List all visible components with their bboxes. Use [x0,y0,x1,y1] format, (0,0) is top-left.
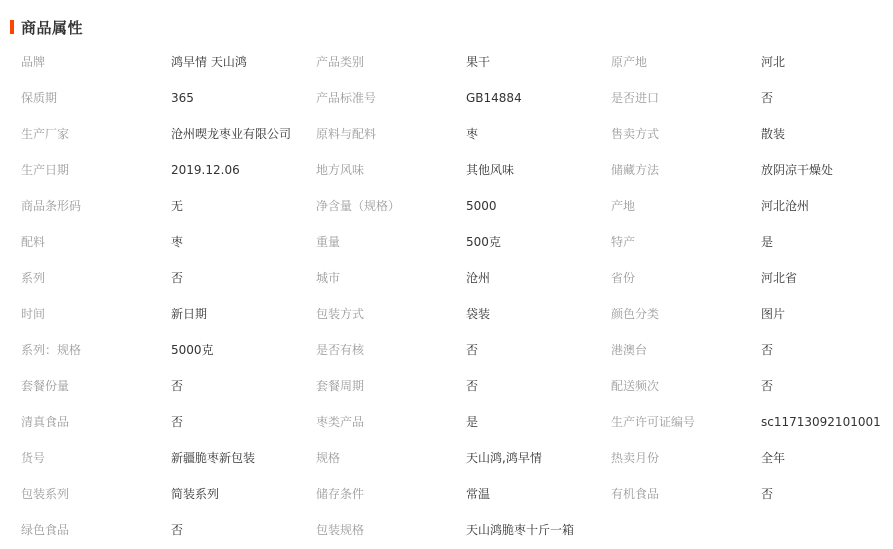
attribute-row: 保质期 365 产品标准号 GB14884 是否进口 否 [0,80,893,116]
attribute-value: 否 [171,368,183,404]
attribute-value: 散装 [761,116,785,152]
attribute-label: 净含量（规格） [316,188,400,224]
attribute-label: 特产 [611,224,635,260]
attribute-value: 否 [171,404,183,440]
attribute-label: 储存条件 [316,476,364,512]
attribute-label: 原产地 [611,44,647,80]
attribute-label: 货号 [21,440,45,476]
attribute-label: 绿色食品 [21,512,69,548]
attribute-label: 是否进口 [611,80,659,116]
attribute-value: 500克 [466,224,501,260]
attribute-label: 有机食品 [611,476,659,512]
attribute-value: 否 [466,368,478,404]
attribute-row: 配料 枣 重量 500克 特产 是 [0,224,893,260]
attribute-label: 包装规格 [316,512,364,548]
attribute-label: 售卖方式 [611,116,659,152]
section-title: 商品属性 [21,17,83,38]
attribute-label: 地方风味 [316,152,364,188]
attribute-label: 生产日期 [21,152,69,188]
attribute-label: 生产厂家 [21,116,69,152]
attribute-label: 清真食品 [21,404,69,440]
attribute-label: 套餐周期 [316,368,364,404]
attribute-label: 产地 [611,188,635,224]
attribute-value: 图片 [761,296,785,332]
attribute-value: 否 [466,332,478,368]
attribute-value: GB14884 [466,80,522,116]
attribute-row: 生产日期 2019.12.06 地方风味 其他风味 储藏方法 放阴凉干燥处 [0,152,893,188]
attribute-label: 产品类别 [316,44,364,80]
attribute-value: 新疆脆枣新包装 [171,440,255,476]
attribute-value: 5000 [466,188,497,224]
attribute-label: 生产许可证编号 [611,404,695,440]
attribute-label: 颜色分类 [611,296,659,332]
attribute-value: 河北省 [761,260,797,296]
attribute-value: 是 [761,224,773,260]
attribute-row: 商品条形码 无 净含量（规格） 5000 产地 河北沧州 [0,188,893,224]
attribute-value: 无 [171,188,183,224]
attribute-label: 枣类产品 [316,404,364,440]
attribute-label: 时间 [21,296,45,332]
attribute-grid: 品牌 鸿早情 天山鸿 产品类别 果干 原产地 河北 保质期 365 产品标准号 … [0,44,893,548]
attribute-label: 产品标准号 [316,80,376,116]
accent-bar [10,20,14,34]
attribute-value: 否 [761,332,773,368]
attribute-label: 城市 [316,260,340,296]
attribute-value: 沧州 [466,260,490,296]
attribute-value: 2019.12.06 [171,152,240,188]
attribute-label: 配送频次 [611,368,659,404]
attribute-value: 否 [171,512,183,548]
attribute-value: 袋装 [466,296,490,332]
attribute-value: 否 [761,476,773,512]
attribute-row: 品牌 鸿早情 天山鸿 产品类别 果干 原产地 河北 [0,44,893,80]
attribute-label: 配料 [21,224,45,260]
attribute-value: 天山鸿脆枣十斤一箱 [466,512,574,548]
attribute-row: 生产厂家 沧州喫龙枣业有限公司 原料与配料 枣 售卖方式 散装 [0,116,893,152]
attribute-value: 其他风味 [466,152,514,188]
attribute-label: 包装方式 [316,296,364,332]
attribute-value: 常温 [466,476,490,512]
attribute-value: 天山鸿,鸿早情 [466,440,542,476]
attribute-label: 商品条形码 [21,188,81,224]
attribute-value: sc11713092101001 [761,404,881,440]
attribute-row: 绿色食品 否 包装规格 天山鸿脆枣十斤一箱 [0,512,893,548]
attribute-label: 热卖月份 [611,440,659,476]
attribute-label: 规格 [316,440,340,476]
attribute-label: 港澳台 [611,332,647,368]
attribute-row: 系列 否 城市 沧州 省份 河北省 [0,260,893,296]
attribute-value: 放阴凉干燥处 [761,152,833,188]
attribute-value: 否 [171,260,183,296]
attribute-value: 365 [171,80,194,116]
attribute-value: 简装系列 [171,476,219,512]
attribute-row: 系列：规格 5000克 是否有核 否 港澳台 否 [0,332,893,368]
attribute-value: 5000克 [171,332,214,368]
section-header: 商品属性 [10,17,83,37]
attribute-value: 否 [761,368,773,404]
attribute-value: 鸿早情 天山鸿 [171,44,247,80]
attribute-label: 原料与配料 [316,116,376,152]
attribute-label: 包装系列 [21,476,69,512]
attribute-label: 保质期 [21,80,57,116]
attribute-value: 否 [761,80,773,116]
attribute-value: 新日期 [171,296,207,332]
attribute-label: 省份 [611,260,635,296]
attribute-label: 系列：规格 [21,332,81,368]
attribute-row: 套餐份量 否 套餐周期 否 配送频次 否 [0,368,893,404]
attribute-value: 枣 [466,116,478,152]
attribute-value: 是 [466,404,478,440]
attribute-row: 清真食品 否 枣类产品 是 生产许可证编号 sc11713092101001 [0,404,893,440]
attribute-label: 品牌 [21,44,45,80]
attribute-value: 全年 [761,440,785,476]
attribute-label: 系列 [21,260,45,296]
attribute-value: 枣 [171,224,183,260]
attribute-value: 河北沧州 [761,188,809,224]
attribute-row: 货号 新疆脆枣新包装 规格 天山鸿,鸿早情 热卖月份 全年 [0,440,893,476]
attribute-row: 时间 新日期 包装方式 袋装 颜色分类 图片 [0,296,893,332]
attribute-label: 重量 [316,224,340,260]
attribute-label: 是否有核 [316,332,364,368]
attribute-value: 沧州喫龙枣业有限公司 [171,116,291,152]
attribute-label: 储藏方法 [611,152,659,188]
attribute-value: 果干 [466,44,490,80]
product-attributes-section: 商品属性 品牌 鸿早情 天山鸿 产品类别 果干 原产地 河北 保质期 365 产… [0,0,893,549]
attribute-label: 套餐份量 [21,368,69,404]
attribute-row: 包装系列 简装系列 储存条件 常温 有机食品 否 [0,476,893,512]
attribute-value: 河北 [761,44,785,80]
